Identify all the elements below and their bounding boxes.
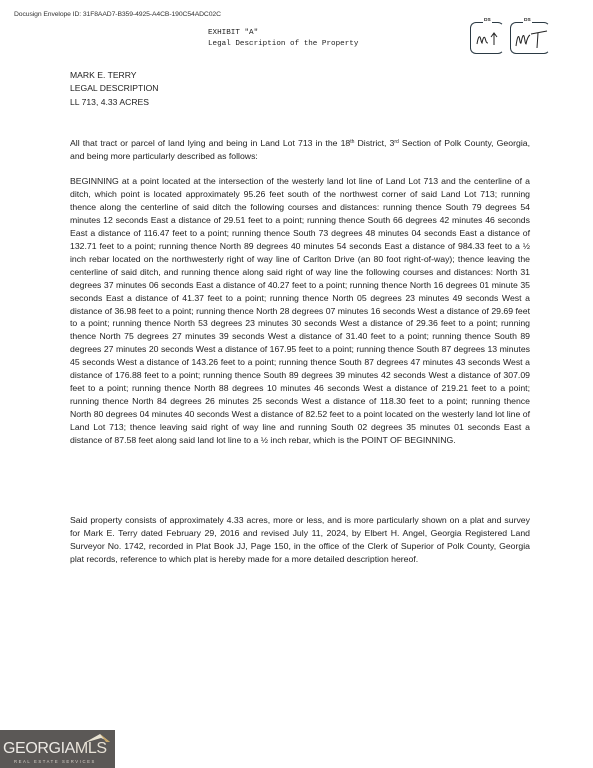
logo-tagline: REAL ESTATE SERVICES bbox=[14, 759, 96, 764]
docusign-envelope-id: Docusign Envelope ID: 31F8AAD7-B359-4925… bbox=[14, 11, 221, 18]
initial-box-1: DS bbox=[470, 22, 504, 54]
intro-text: District, 3 bbox=[354, 138, 394, 148]
metes-and-bounds-paragraph: BEGINNING at a point located at the inte… bbox=[70, 175, 530, 447]
docusign-tag: DS bbox=[523, 18, 532, 23]
intro-paragraph: All that tract or parcel of land lying a… bbox=[70, 136, 530, 163]
heading-doc-type: LEGAL DESCRIPTION bbox=[70, 82, 159, 95]
logo-georgia: GEORGIA bbox=[3, 740, 75, 757]
logo-wordmark: GEORGIAMLS bbox=[3, 741, 107, 757]
initial-box-2: DS bbox=[510, 22, 550, 54]
document-heading: MARK E. TERRY LEGAL DESCRIPTION LL 713, … bbox=[70, 69, 159, 109]
logo-mls: MLS bbox=[75, 740, 107, 757]
docusign-tag: DS bbox=[483, 18, 492, 23]
exhibit-title: EXHIBIT "A" bbox=[208, 28, 358, 39]
intro-text: All that tract or parcel of land lying a… bbox=[70, 138, 350, 148]
georgia-mls-logo: GEORGIAMLS REAL ESTATE SERVICES bbox=[0, 730, 115, 768]
exhibit-header: EXHIBIT "A" Legal Description of the Pro… bbox=[208, 28, 358, 49]
initials-signature-icon bbox=[514, 28, 550, 52]
initials-group: DS DS bbox=[470, 22, 550, 54]
heading-owner: MARK E. TERRY bbox=[70, 69, 159, 82]
heading-lot-acreage: LL 713, 4.33 ACRES bbox=[70, 96, 159, 109]
plat-reference-paragraph: Said property consists of approximately … bbox=[70, 514, 530, 566]
initials-signature-icon bbox=[474, 28, 502, 50]
exhibit-subtitle: Legal Description of the Property bbox=[208, 39, 358, 50]
